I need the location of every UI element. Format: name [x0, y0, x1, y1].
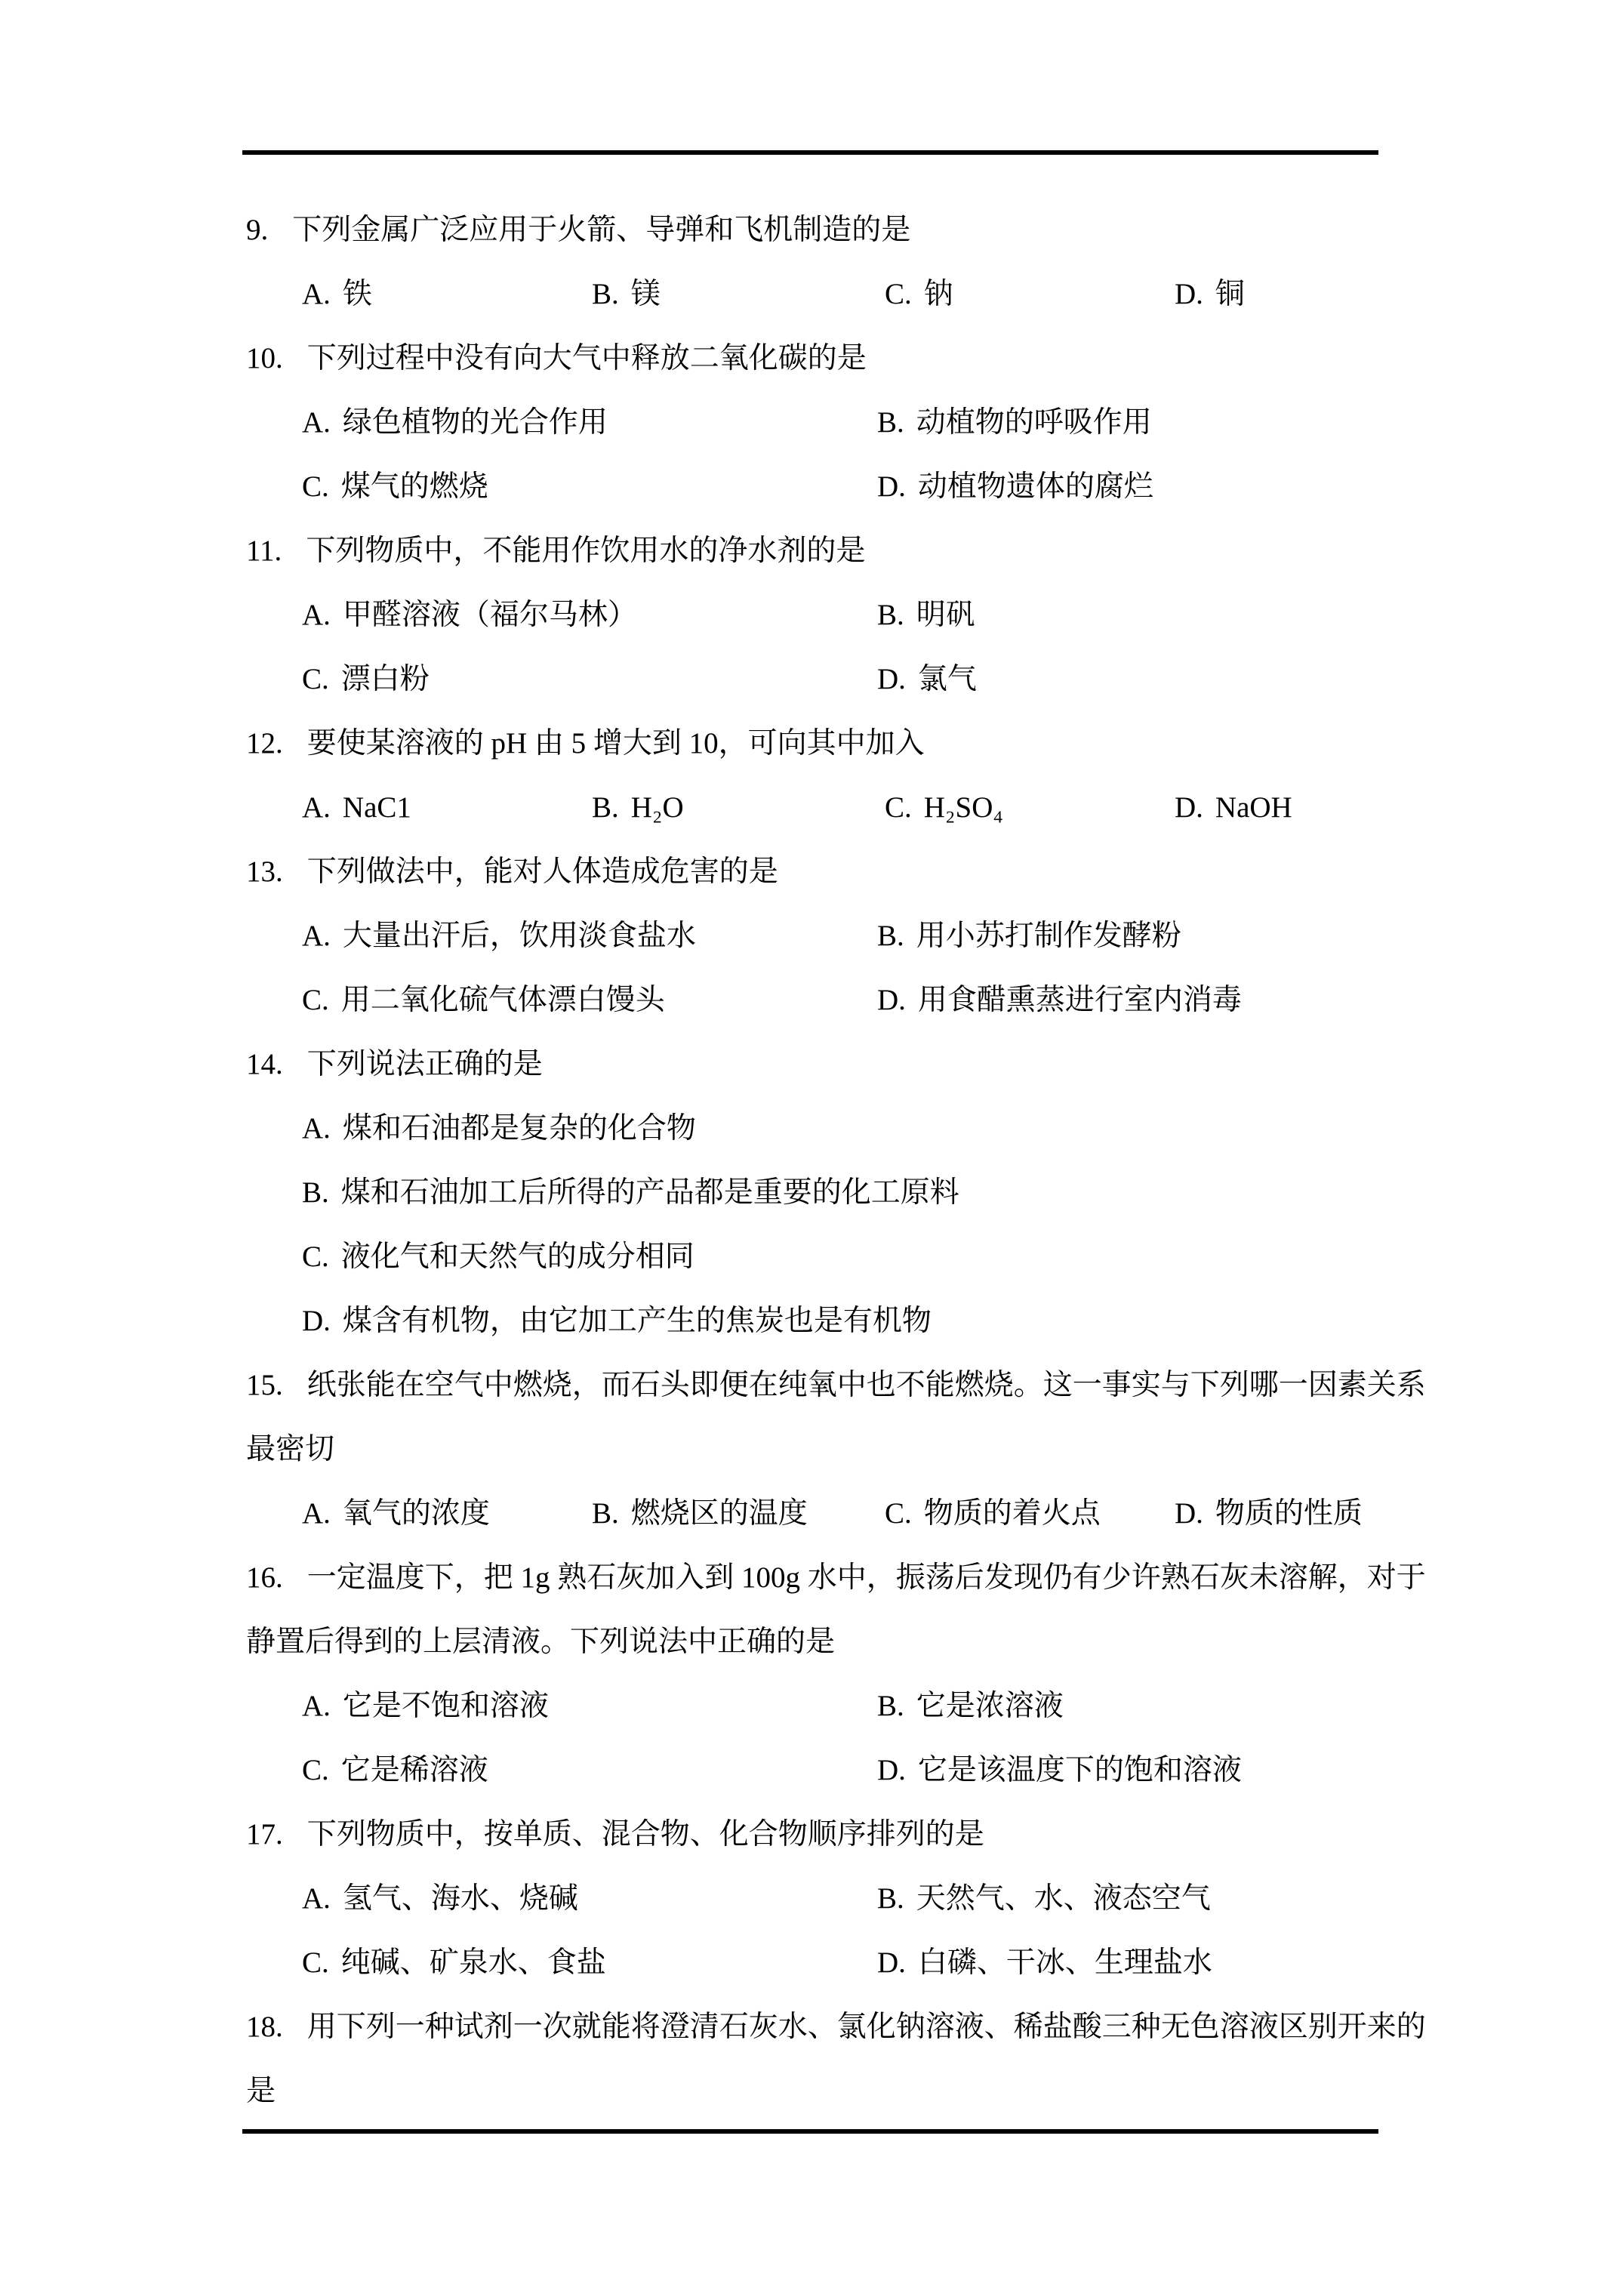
option-label: B.: [302, 1176, 329, 1209]
question-9-stem-line: 9.下列金属广泛应用于火箭、导弹和飞机制造的是: [246, 198, 1424, 262]
option-9-A: A.铁: [302, 262, 372, 326]
question-12-options-row: A.NaC1B.H₂OC.H₂SO₄D.NaOH: [246, 775, 1424, 840]
option-text: 氧气的浓度: [343, 1497, 490, 1530]
question-11-options-row: C.漂白粉D.氯气: [246, 647, 1424, 711]
question-10-options-row: C.煤气的燃烧D.动植物遗体的腐烂: [246, 455, 1424, 519]
option-text: 煤含有机物，由它加工产生的焦炭也是有机物: [343, 1305, 932, 1337]
question-number: 10.: [246, 342, 283, 374]
question-17-options-row: C.纯碱、矿泉水、食盐D.白磷、干冰、生理盐水: [246, 1931, 1424, 1995]
option-text: 物质的性质: [1215, 1497, 1363, 1530]
option-13-D: D.用食醋熏蒸进行室内消毒: [877, 968, 1242, 1032]
question-number: 13.: [246, 855, 283, 888]
option-text: 绿色植物的光合作用: [343, 406, 608, 439]
option-label: D.: [877, 1754, 906, 1786]
option-label: D.: [1175, 791, 1203, 824]
option-text: 用二氧化硫气体漂白馒头: [341, 984, 665, 1016]
question-9-options-row: A.铁B.镁C.钠D.铜: [246, 262, 1424, 326]
question-number: 15.: [246, 1369, 283, 1401]
option-text: H₂O: [631, 791, 684, 824]
option-text: NaOH: [1215, 791, 1292, 824]
option-17-C: C.纯碱、矿泉水、食盐: [302, 1931, 606, 1995]
option-label: C.: [302, 470, 329, 503]
option-label: A.: [302, 1882, 331, 1915]
option-text: 动植物的呼吸作用: [916, 406, 1152, 439]
question-17-stem-line: 17.下列物质中，按单质、混合物、化合物顺序排列的是: [246, 1802, 1424, 1866]
option-17-A: A.氢气、海水、烧碱: [302, 1866, 578, 1931]
question-10-stem-line: 10.下列过程中没有向大气中释放二氧化碳的是: [246, 326, 1424, 390]
question-16-options-row: C.它是稀溶液D.它是该温度下的饱和溶液: [246, 1738, 1424, 1802]
question-14-option-row: B.煤和石油加工后所得的产品都是重要的化工原料: [246, 1160, 1424, 1225]
question-number: 11.: [246, 535, 282, 567]
question-14-option-row: D.煤含有机物，由它加工产生的焦炭也是有机物: [246, 1289, 1424, 1353]
exam-content: 9.下列金属广泛应用于火箭、导弹和飞机制造的是A.铁B.镁C.钠D.铜10.下列…: [246, 198, 1424, 2123]
option-label: D.: [302, 1305, 331, 1337]
option-label: D.: [877, 663, 906, 695]
option-label: B.: [877, 920, 904, 952]
option-9-C: C.钠: [885, 262, 953, 326]
option-label: C.: [302, 663, 329, 695]
option-15-B: B.燃烧区的温度: [592, 1481, 808, 1546]
option-text: 用食醋熏蒸进行室内消毒: [918, 984, 1242, 1016]
question-stem: 要使某溶液的 pH 由 5 增大到 10，可向其中加入: [307, 727, 925, 760]
option-17-D: D.白磷、干冰、生理盐水: [877, 1931, 1212, 1995]
option-label: C.: [302, 984, 329, 1016]
question-10-options-row: A.绿色植物的光合作用B.动植物的呼吸作用: [246, 390, 1424, 455]
option-label: C.: [302, 1240, 329, 1273]
option-label: A.: [302, 599, 331, 631]
option-text: 甲醛溶液（福尔马林）: [343, 599, 637, 631]
option-label: A.: [302, 791, 331, 824]
option-label: D.: [1175, 278, 1203, 310]
question-13-options-row: C.用二氧化硫气体漂白馒头D.用食醋熏蒸进行室内消毒: [246, 968, 1424, 1032]
option-text: 它是该温度下的饱和溶液: [918, 1754, 1242, 1786]
option-label: D.: [877, 470, 906, 503]
option-12-B: B.H₂O: [592, 775, 684, 840]
option-label: B.: [592, 1497, 619, 1530]
option-13-B: B.用小苏打制作发酵粉: [877, 904, 1181, 968]
option-16-C: C.它是稀溶液: [302, 1738, 488, 1802]
bottom-rule: [242, 2129, 1378, 2134]
option-label: A.: [302, 1690, 331, 1722]
question-17-options-row: A.氢气、海水、烧碱B.天然气、水、液态空气: [246, 1866, 1424, 1931]
question-11-options-row: A.甲醛溶液（福尔马林）B.明矾: [246, 583, 1424, 647]
option-label: C.: [302, 1946, 329, 1979]
question-15-stem-line: 15.纸张能在空气中燃烧，而石头即便在纯氧中也不能燃烧。这一事实与下列哪一因素关…: [246, 1353, 1424, 1417]
option-15-A: A.氧气的浓度: [302, 1481, 490, 1546]
question-16-stem-line: 16.一定温度下，把 1g 熟石灰加入到 100g 水中，振荡后发现仍有少许熟石…: [246, 1546, 1424, 1610]
question-13-options-row: A.大量出汗后，饮用淡食盐水B.用小苏打制作发酵粉: [246, 904, 1424, 968]
option-text: 钠: [924, 278, 953, 310]
question-stem: 下列过程中没有向大气中释放二氧化碳的是: [307, 342, 867, 374]
option-10-A: A.绿色植物的光合作用: [302, 390, 608, 455]
option-11-A: A.甲醛溶液（福尔马林）: [302, 583, 637, 647]
option-11-D: D.氯气: [877, 647, 977, 711]
option-text: 镁: [631, 278, 661, 310]
option-13-A: A.大量出汗后，饮用淡食盐水: [302, 904, 696, 968]
option-label: A.: [302, 920, 331, 952]
option-label: A.: [302, 278, 331, 310]
question-stem: 下列做法中，能对人体造成危害的是: [307, 855, 778, 888]
option-text: 纯碱、矿泉水、食盐: [341, 1946, 606, 1979]
option-17-B: B.天然气、水、液态空气: [877, 1866, 1211, 1931]
option-label: B.: [877, 1690, 904, 1722]
option-label: B.: [592, 791, 619, 824]
question-stem: 一定温度下，把 1g 熟石灰加入到 100g 水中，振荡后发现仍有少许熟石灰未溶…: [307, 1561, 1426, 1594]
option-label: D.: [1175, 1497, 1203, 1530]
question-18-stem-line: 是: [246, 2059, 1424, 2123]
option-text: 煤和石油都是复杂的化合物: [343, 1112, 696, 1145]
option-label: C.: [302, 1754, 329, 1786]
option-10-C: C.煤气的燃烧: [302, 455, 488, 519]
option-text: 它是浓溶液: [916, 1690, 1064, 1722]
option-label: C.: [885, 1497, 912, 1530]
question-stem: 静置后得到的上层清液。下列说法中正确的是: [246, 1626, 835, 1658]
top-rule: [242, 150, 1378, 155]
option-label: B.: [877, 1882, 904, 1915]
question-14-option-row: C.液化气和天然气的成分相同: [246, 1225, 1424, 1289]
option-text: 明矾: [916, 599, 975, 631]
question-number: 12.: [246, 727, 283, 760]
option-text: 铁: [343, 278, 372, 310]
option-9-D: D.铜: [1175, 262, 1245, 326]
question-15-stem-line: 最密切: [246, 1417, 1424, 1481]
option-label: A.: [302, 1112, 331, 1145]
option-text: 煤气的燃烧: [341, 470, 488, 503]
option-text: 它是稀溶液: [341, 1754, 488, 1786]
option-13-C: C.用二氧化硫气体漂白馒头: [302, 968, 665, 1032]
option-text: 液化气和天然气的成分相同: [341, 1240, 694, 1273]
option-label: B.: [877, 599, 904, 631]
option-text: 物质的着火点: [924, 1497, 1101, 1530]
option-text: 大量出汗后，饮用淡食盐水: [343, 920, 696, 952]
option-label: A.: [302, 1497, 331, 1530]
option-text: 天然气、水、液态空气: [916, 1882, 1211, 1915]
question-12-stem-line: 12.要使某溶液的 pH 由 5 增大到 10，可向其中加入: [246, 711, 1424, 775]
question-stem: 下列说法正确的是: [307, 1048, 543, 1080]
option-11-C: C.漂白粉: [302, 647, 430, 711]
option-text: 氢气、海水、烧碱: [343, 1882, 578, 1915]
option-label: C.: [885, 278, 912, 310]
option-text: 铜: [1215, 278, 1245, 310]
option-text: 动植物遗体的腐烂: [918, 470, 1153, 503]
question-14-stem-line: 14.下列说法正确的是: [246, 1032, 1424, 1096]
option-16-D: D.它是该温度下的饱和溶液: [877, 1738, 1242, 1802]
question-number: 18.: [246, 2011, 283, 2043]
question-stem: 最密切: [246, 1433, 334, 1465]
question-stem: 是: [246, 2075, 276, 2107]
question-stem: 用下列一种试剂一次就能将澄清石灰水、氯化钠溶液、稀盐酸三种无色溶液区别开来的: [307, 2011, 1426, 2043]
question-stem: 下列物质中，按单质、混合物、化合物顺序排列的是: [307, 1818, 984, 1851]
question-number: 9.: [246, 214, 268, 246]
option-text: 漂白粉: [341, 663, 430, 695]
question-13-stem-line: 13.下列做法中，能对人体造成危害的是: [246, 840, 1424, 904]
option-text: 白磷、干冰、生理盐水: [918, 1946, 1212, 1979]
question-16-stem-line: 静置后得到的上层清液。下列说法中正确的是: [246, 1610, 1424, 1674]
question-15-options-row: A.氧气的浓度B.燃烧区的温度C.物质的着火点D.物质的性质: [246, 1481, 1424, 1546]
option-15-D: D.物质的性质: [1175, 1481, 1363, 1546]
question-14-option-row: A.煤和石油都是复杂的化合物: [246, 1096, 1424, 1160]
option-label: B.: [592, 278, 619, 310]
option-15-C: C.物质的着火点: [885, 1481, 1101, 1546]
question-number: 14.: [246, 1048, 283, 1080]
question-number: 17.: [246, 1818, 283, 1851]
question-16-options-row: A.它是不饱和溶液B.它是浓溶液: [246, 1674, 1424, 1738]
option-12-C: C.H₂SO₄: [885, 775, 1003, 840]
document-page: 9.下列金属广泛应用于火箭、导弹和飞机制造的是A.铁B.镁C.钠D.铜10.下列…: [0, 0, 1623, 2296]
question-number: 16.: [246, 1561, 283, 1594]
option-16-B: B.它是浓溶液: [877, 1674, 1064, 1738]
question-stem: 下列物质中，不能用作饮用水的净水剂的是: [306, 535, 865, 567]
option-9-B: B.镁: [592, 262, 661, 326]
option-12-D: D.NaOH: [1175, 775, 1292, 840]
option-12-A: A.NaC1: [302, 775, 411, 840]
option-text: 燃烧区的温度: [631, 1497, 808, 1530]
option-label: B.: [877, 406, 904, 439]
option-label: D.: [877, 984, 906, 1016]
question-stem: 下列金属广泛应用于火箭、导弹和飞机制造的是: [292, 214, 910, 246]
question-11-stem-line: 11.下列物质中，不能用作饮用水的净水剂的是: [246, 519, 1424, 583]
option-text: NaC1: [343, 791, 411, 824]
option-text: 煤和石油加工后所得的产品都是重要的化工原料: [341, 1176, 959, 1209]
option-text: H₂SO₄: [924, 791, 1003, 824]
option-10-D: D.动植物遗体的腐烂: [877, 455, 1153, 519]
option-text: 氯气: [918, 663, 977, 695]
option-label: C.: [885, 791, 912, 824]
option-label: D.: [877, 1946, 906, 1979]
option-11-B: B.明矾: [877, 583, 975, 647]
option-text: 用小苏打制作发酵粉: [916, 920, 1181, 952]
question-18-stem-line: 18.用下列一种试剂一次就能将澄清石灰水、氯化钠溶液、稀盐酸三种无色溶液区别开来…: [246, 1995, 1424, 2059]
option-16-A: A.它是不饱和溶液: [302, 1674, 549, 1738]
option-10-B: B.动植物的呼吸作用: [877, 390, 1152, 455]
option-text: 它是不饱和溶液: [343, 1690, 549, 1722]
option-label: A.: [302, 406, 331, 439]
question-stem: 纸张能在空气中燃烧，而石头即便在纯氧中也不能燃烧。这一事实与下列哪一因素关系: [307, 1369, 1426, 1401]
